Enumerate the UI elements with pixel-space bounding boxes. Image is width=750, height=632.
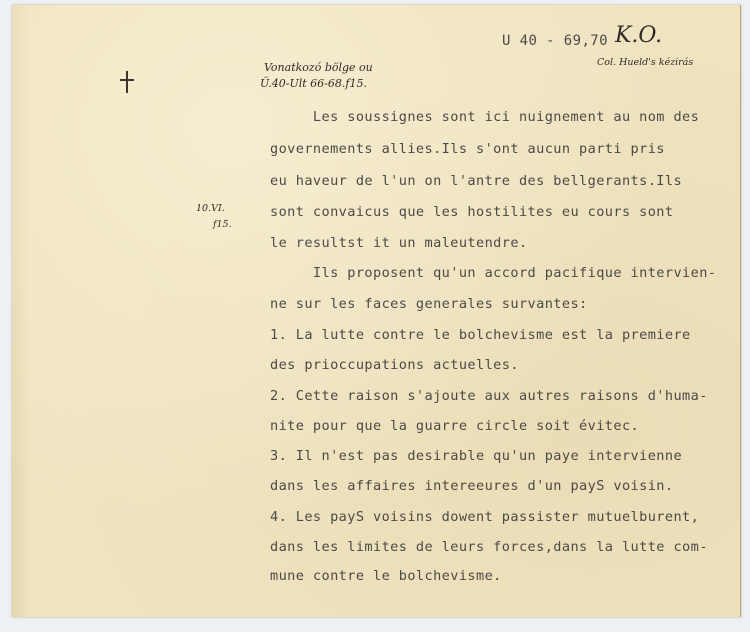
body-line: mune contre le bolchevisme. — [270, 568, 502, 584]
cross-mark-icon — [120, 71, 134, 93]
margin-date-line2: f15. — [213, 219, 232, 230]
body-line: governements allies.Ils s'ont aucun part… — [270, 141, 665, 157]
body-line: des prioccupations actuelles. — [270, 357, 519, 373]
body-line: 2. Cette raison s'ajoute aux autres rais… — [270, 388, 708, 404]
body-line: eu haveur de l'un on l'antre des bellger… — [270, 173, 682, 189]
annotation-left-line2: Ü.40-Ult 66-68.f15. — [260, 77, 367, 90]
body-line: dans les limites de leurs forces,dans la… — [270, 539, 708, 555]
body-line: dans les affaires intereeures d'un payS … — [270, 478, 673, 494]
body-line: ne sur les faces generales survantes: — [270, 296, 588, 312]
body-line: 4. Les payS voisins dowent passister mut… — [270, 509, 699, 525]
body-line: 3. Il n'est pas desirable qu'un paye int… — [270, 448, 682, 464]
body-line: le resultst it un maleutendre. — [270, 235, 528, 251]
body-line: Les soussignes sont ici nuignement au no… — [270, 109, 699, 125]
document-page: U 40 - 69,70 K.O. Col. Hueld's kézirás V… — [12, 5, 741, 617]
body-line: nite pour que la guarre circle soit évit… — [270, 418, 639, 434]
margin-date-line1: 10.VI. — [196, 203, 225, 214]
reference-number: U 40 - 69,70 — [502, 33, 608, 49]
body-line: sont convaicus que les hostilites eu cou… — [270, 204, 673, 220]
body-line: Ils proposent qu'un accord pacifique int… — [270, 265, 716, 281]
annotation-right: Col. Hueld's kézirás — [597, 57, 693, 68]
signature-initials: K.O. — [615, 23, 662, 48]
body-line: 1. La lutte contre le bolchevisme est la… — [270, 327, 691, 343]
annotation-left-line1: Vonatkozó bölge ou — [264, 61, 373, 74]
